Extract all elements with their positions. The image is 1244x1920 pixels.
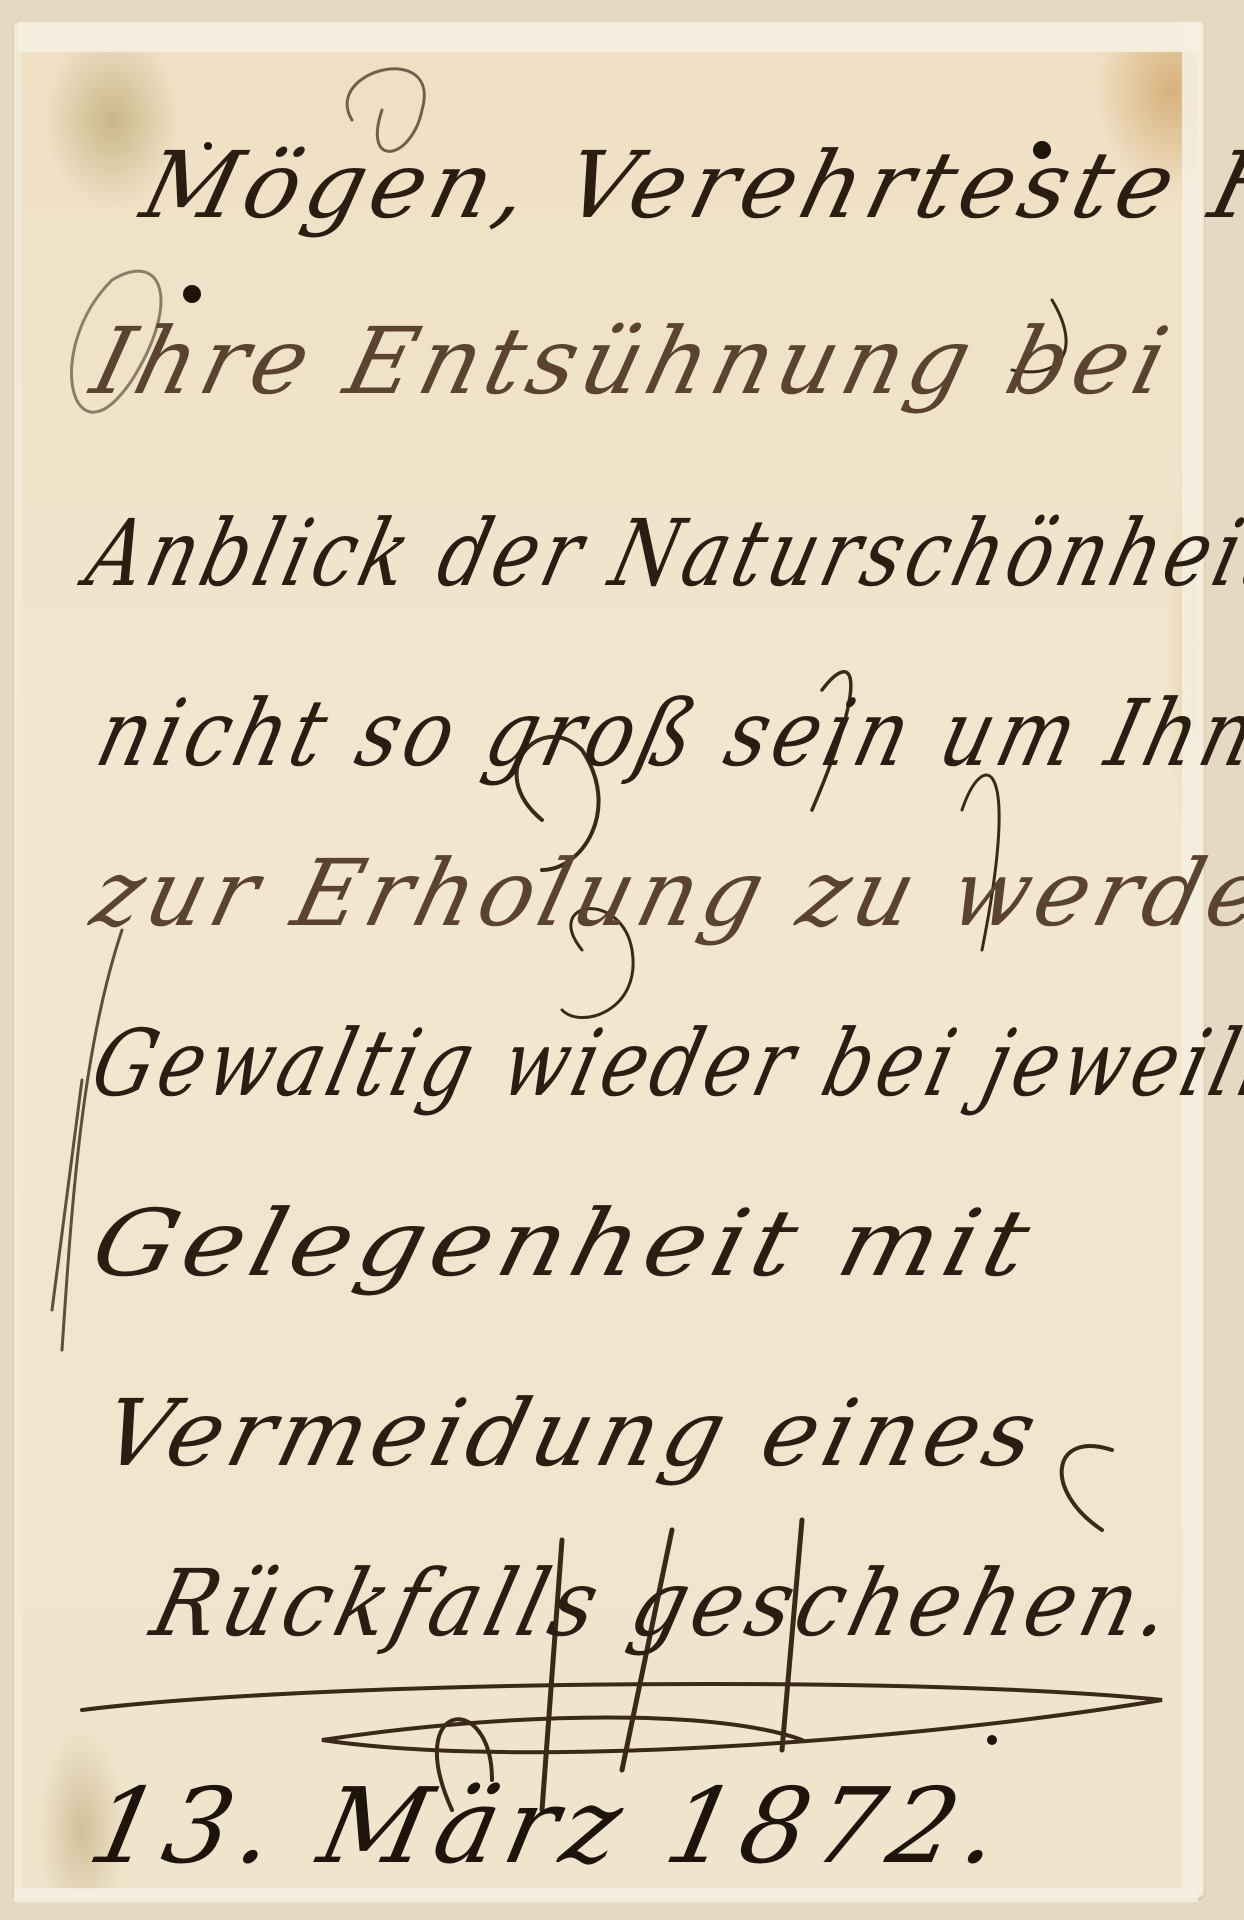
letter-date: 13. März 1872. xyxy=(79,1765,1019,1887)
hinge-tape-top xyxy=(18,22,1198,52)
letter-line-6: Gewaltig wieder bei jeweiliger xyxy=(82,1010,1244,1117)
letter-paper: Mögen, Verehrteste Frau! Ihre Entsühnung… xyxy=(22,50,1198,1893)
letter-line-2: Ihre Entsühnung bei xyxy=(82,308,1184,415)
letter-line-8: Vermeidung eines xyxy=(92,1380,1053,1487)
letter-line-3: Anblick der Naturschönheiten xyxy=(77,500,1244,607)
letter-line-4: nicht so groß sein um Ihnen xyxy=(87,680,1244,787)
letter-line-7: Gelegenheit mit xyxy=(82,1190,1047,1297)
letter-line-9: Rückfalls geschehen. xyxy=(142,1550,1188,1657)
letter-line-5: zur Erholung zu werden xyxy=(82,840,1244,947)
letter-line-1: Mögen, Verehrteste Frau! xyxy=(132,132,1244,239)
